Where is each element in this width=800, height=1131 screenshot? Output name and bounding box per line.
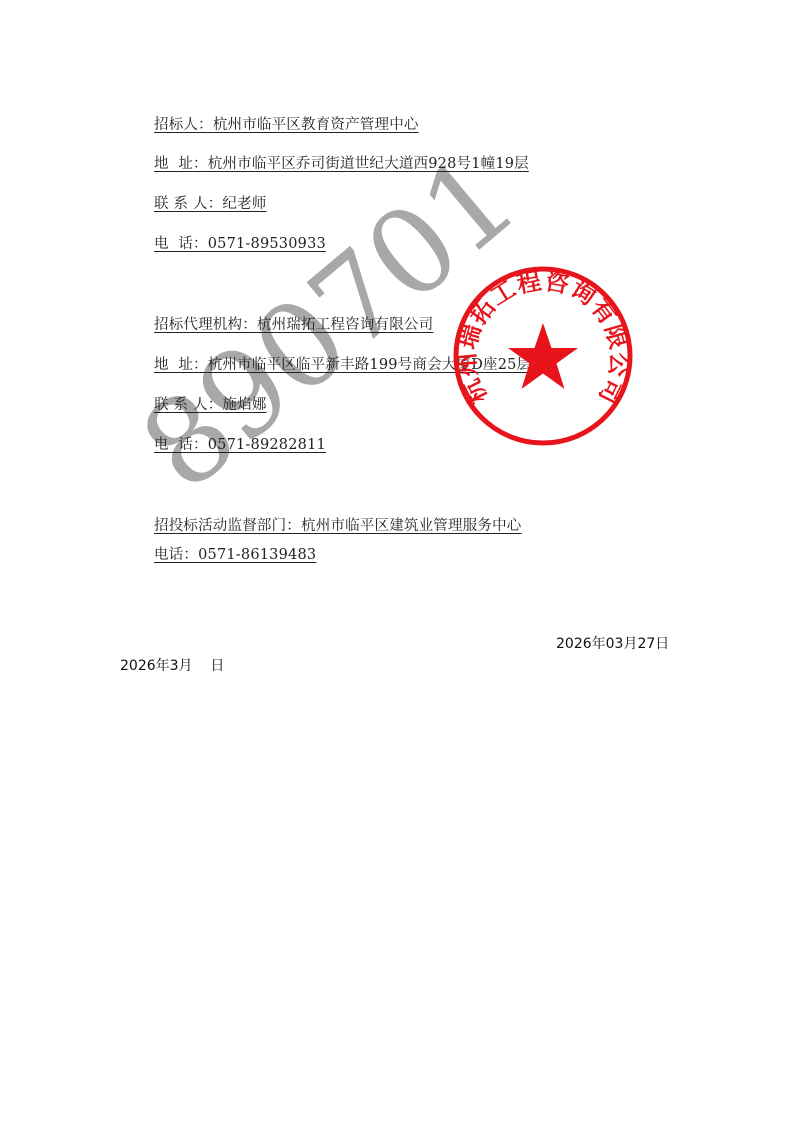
agency-contact: 施焰娜 [222,397,266,413]
agency-name: 杭州瑞拓工程咨询有限公司 [257,317,433,333]
agency-phone: 0571-89282811 [208,437,326,453]
signed-date: 2026年3月 日 [120,655,224,675]
seal-text: 杭州瑞拓工程咨询有限公司 [452,266,634,409]
supervisor-line: 招投标活动监督部门：杭州市临平区建筑业管理服务中心 [154,517,522,535]
tenderer-phone-label: 电 话： [154,236,208,252]
agency-address-line: 地 址：杭州市临平区临平新丰路199号商会大厦D座25层 [154,356,531,374]
tenderer-contact: 纪老师 [222,196,266,212]
agency-address: 杭州市临平区临平新丰路199号商会大厦D座25层 [208,357,532,373]
tenderer-name: 杭州市临平区教育资产管理中心 [213,117,419,133]
tenderer-phone: 0571-89530933 [208,236,326,252]
agency-label: 招标代理机构： [154,317,257,333]
stamp-date: 2026年03月27日 [556,633,669,653]
tenderer-label: 招标人： [154,117,213,133]
agency-phone-label: 电 话： [154,437,208,453]
agency-contact-label: 联 系 人： [154,397,222,413]
tenderer-phone-line: 电 话：0571-89530933 [154,235,326,253]
supervisor-label: 招投标活动监督部门： [154,518,301,534]
tenderer-contact-line: 联 系 人：纪老师 [154,195,267,213]
tenderer-address-label: 地 址： [154,156,208,172]
agency-phone-line: 电 话：0571-89282811 [154,436,326,454]
tenderer-line: 招标人：杭州市临平区教育资产管理中心 [154,116,419,134]
document-page: 招标人：杭州市临平区教育资产管理中心 地 址：杭州市临平区乔司街道世纪大道西92… [0,0,800,1131]
tenderer-address-line: 地 址：杭州市临平区乔司街道世纪大道西928号1幢19层 [154,155,529,173]
agency-address-label: 地 址： [154,357,208,373]
seal-text-path: 杭州瑞拓工程咨询有限公司 [452,266,634,409]
supervisor-name: 杭州市临平区建筑业管理服务中心 [301,518,522,534]
tenderer-contact-label: 联 系 人： [154,196,222,212]
supervisor-phone-label: 电话： [154,547,198,563]
tenderer-address: 杭州市临平区乔司街道世纪大道西928号1幢19层 [208,156,529,172]
agency-line: 招标代理机构：杭州瑞拓工程咨询有限公司 [154,316,433,334]
supervisor-phone-line: 电话：0571-86139483 [154,546,316,564]
agency-contact-line: 联 系 人：施焰娜 [154,396,267,414]
supervisor-phone: 0571-86139483 [198,547,316,563]
